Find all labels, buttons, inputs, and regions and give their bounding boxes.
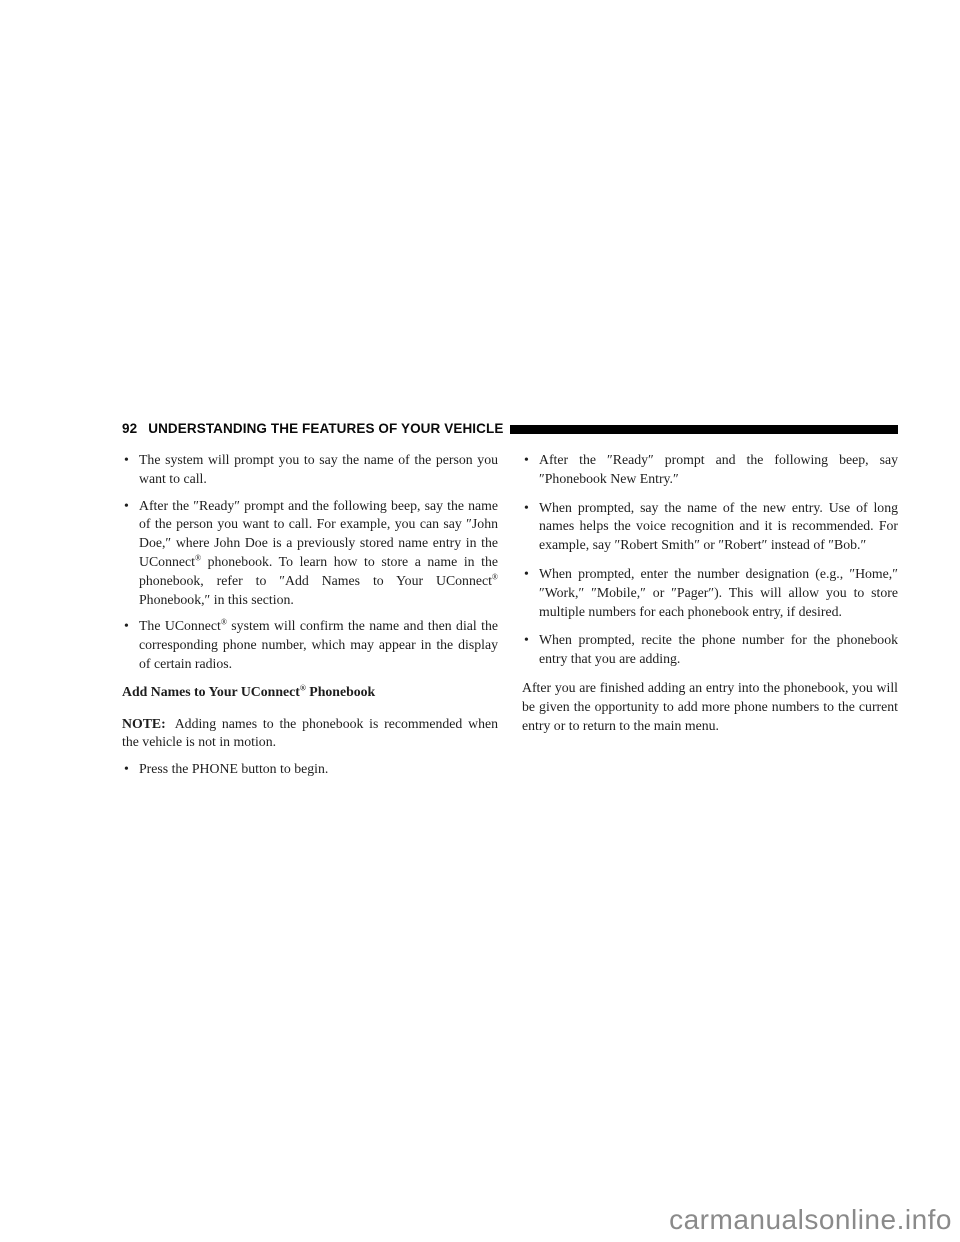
bullet-text: The UConnect® system will confirm the na… [139, 618, 498, 671]
bullet-icon: • [124, 497, 129, 516]
left-bullet-list-top: • The system will prompt you to say the … [122, 451, 498, 674]
list-item: • When prompted, recite the phone number… [522, 631, 898, 669]
running-header: 92 UNDERSTANDING THE FEATURES OF YOUR VE… [122, 421, 898, 436]
bullet-text: Press the PHONE button to begin. [139, 761, 328, 776]
bullet-text: When prompted, enter the number designat… [539, 566, 898, 619]
header-rule [510, 425, 898, 434]
bullet-icon: • [524, 499, 529, 518]
list-item: • When prompted, enter the number design… [522, 565, 898, 621]
section-heading: Add Names to Your UConnect® Phonebook [122, 683, 498, 702]
bullet-text: When prompted, recite the phone number f… [539, 632, 898, 666]
note-text: Adding names to the phonebook is recomme… [122, 716, 498, 750]
list-item: • The system will prompt you to say the … [122, 451, 498, 489]
bullet-icon: • [124, 451, 129, 470]
running-header-title: UNDERSTANDING THE FEATURES OF YOUR VEHIC… [148, 421, 503, 436]
right-column: • After the ″Ready″ prompt and the follo… [522, 451, 898, 735]
bullet-icon: • [124, 760, 129, 779]
bullet-text: After the ″Ready″ prompt and the followi… [139, 498, 498, 607]
left-bullet-list-bottom: • Press the PHONE button to begin. [122, 760, 498, 779]
list-item: • The UConnect® system will confirm the … [122, 617, 498, 673]
closing-paragraph: After you are finished adding an entry i… [522, 679, 898, 735]
note-label: NOTE: [122, 716, 166, 731]
left-column: • The system will prompt you to say the … [122, 451, 498, 787]
bullet-icon: • [124, 617, 129, 636]
list-item: • After the ″Ready″ prompt and the follo… [522, 451, 898, 489]
bullet-text: The system will prompt you to say the na… [139, 452, 498, 486]
bullet-text: When prompted, say the name of the new e… [539, 500, 898, 553]
list-item: • When prompted, say the name of the new… [522, 499, 898, 555]
note-paragraph: NOTE:Adding names to the phonebook is re… [122, 715, 498, 753]
bullet-text: After the ″Ready″ prompt and the followi… [539, 452, 898, 486]
list-item: • Press the PHONE button to begin. [122, 760, 498, 779]
right-bullet-list: • After the ″Ready″ prompt and the follo… [522, 451, 898, 669]
page-number: 92 [122, 421, 137, 436]
watermark: carmanualsonline.info [669, 1204, 952, 1236]
bullet-icon: • [524, 565, 529, 584]
list-item: • After the ″Ready″ prompt and the follo… [122, 497, 498, 610]
manual-page: 92 UNDERSTANDING THE FEATURES OF YOUR VE… [0, 0, 960, 1242]
bullet-icon: • [524, 631, 529, 650]
bullet-icon: • [524, 451, 529, 470]
